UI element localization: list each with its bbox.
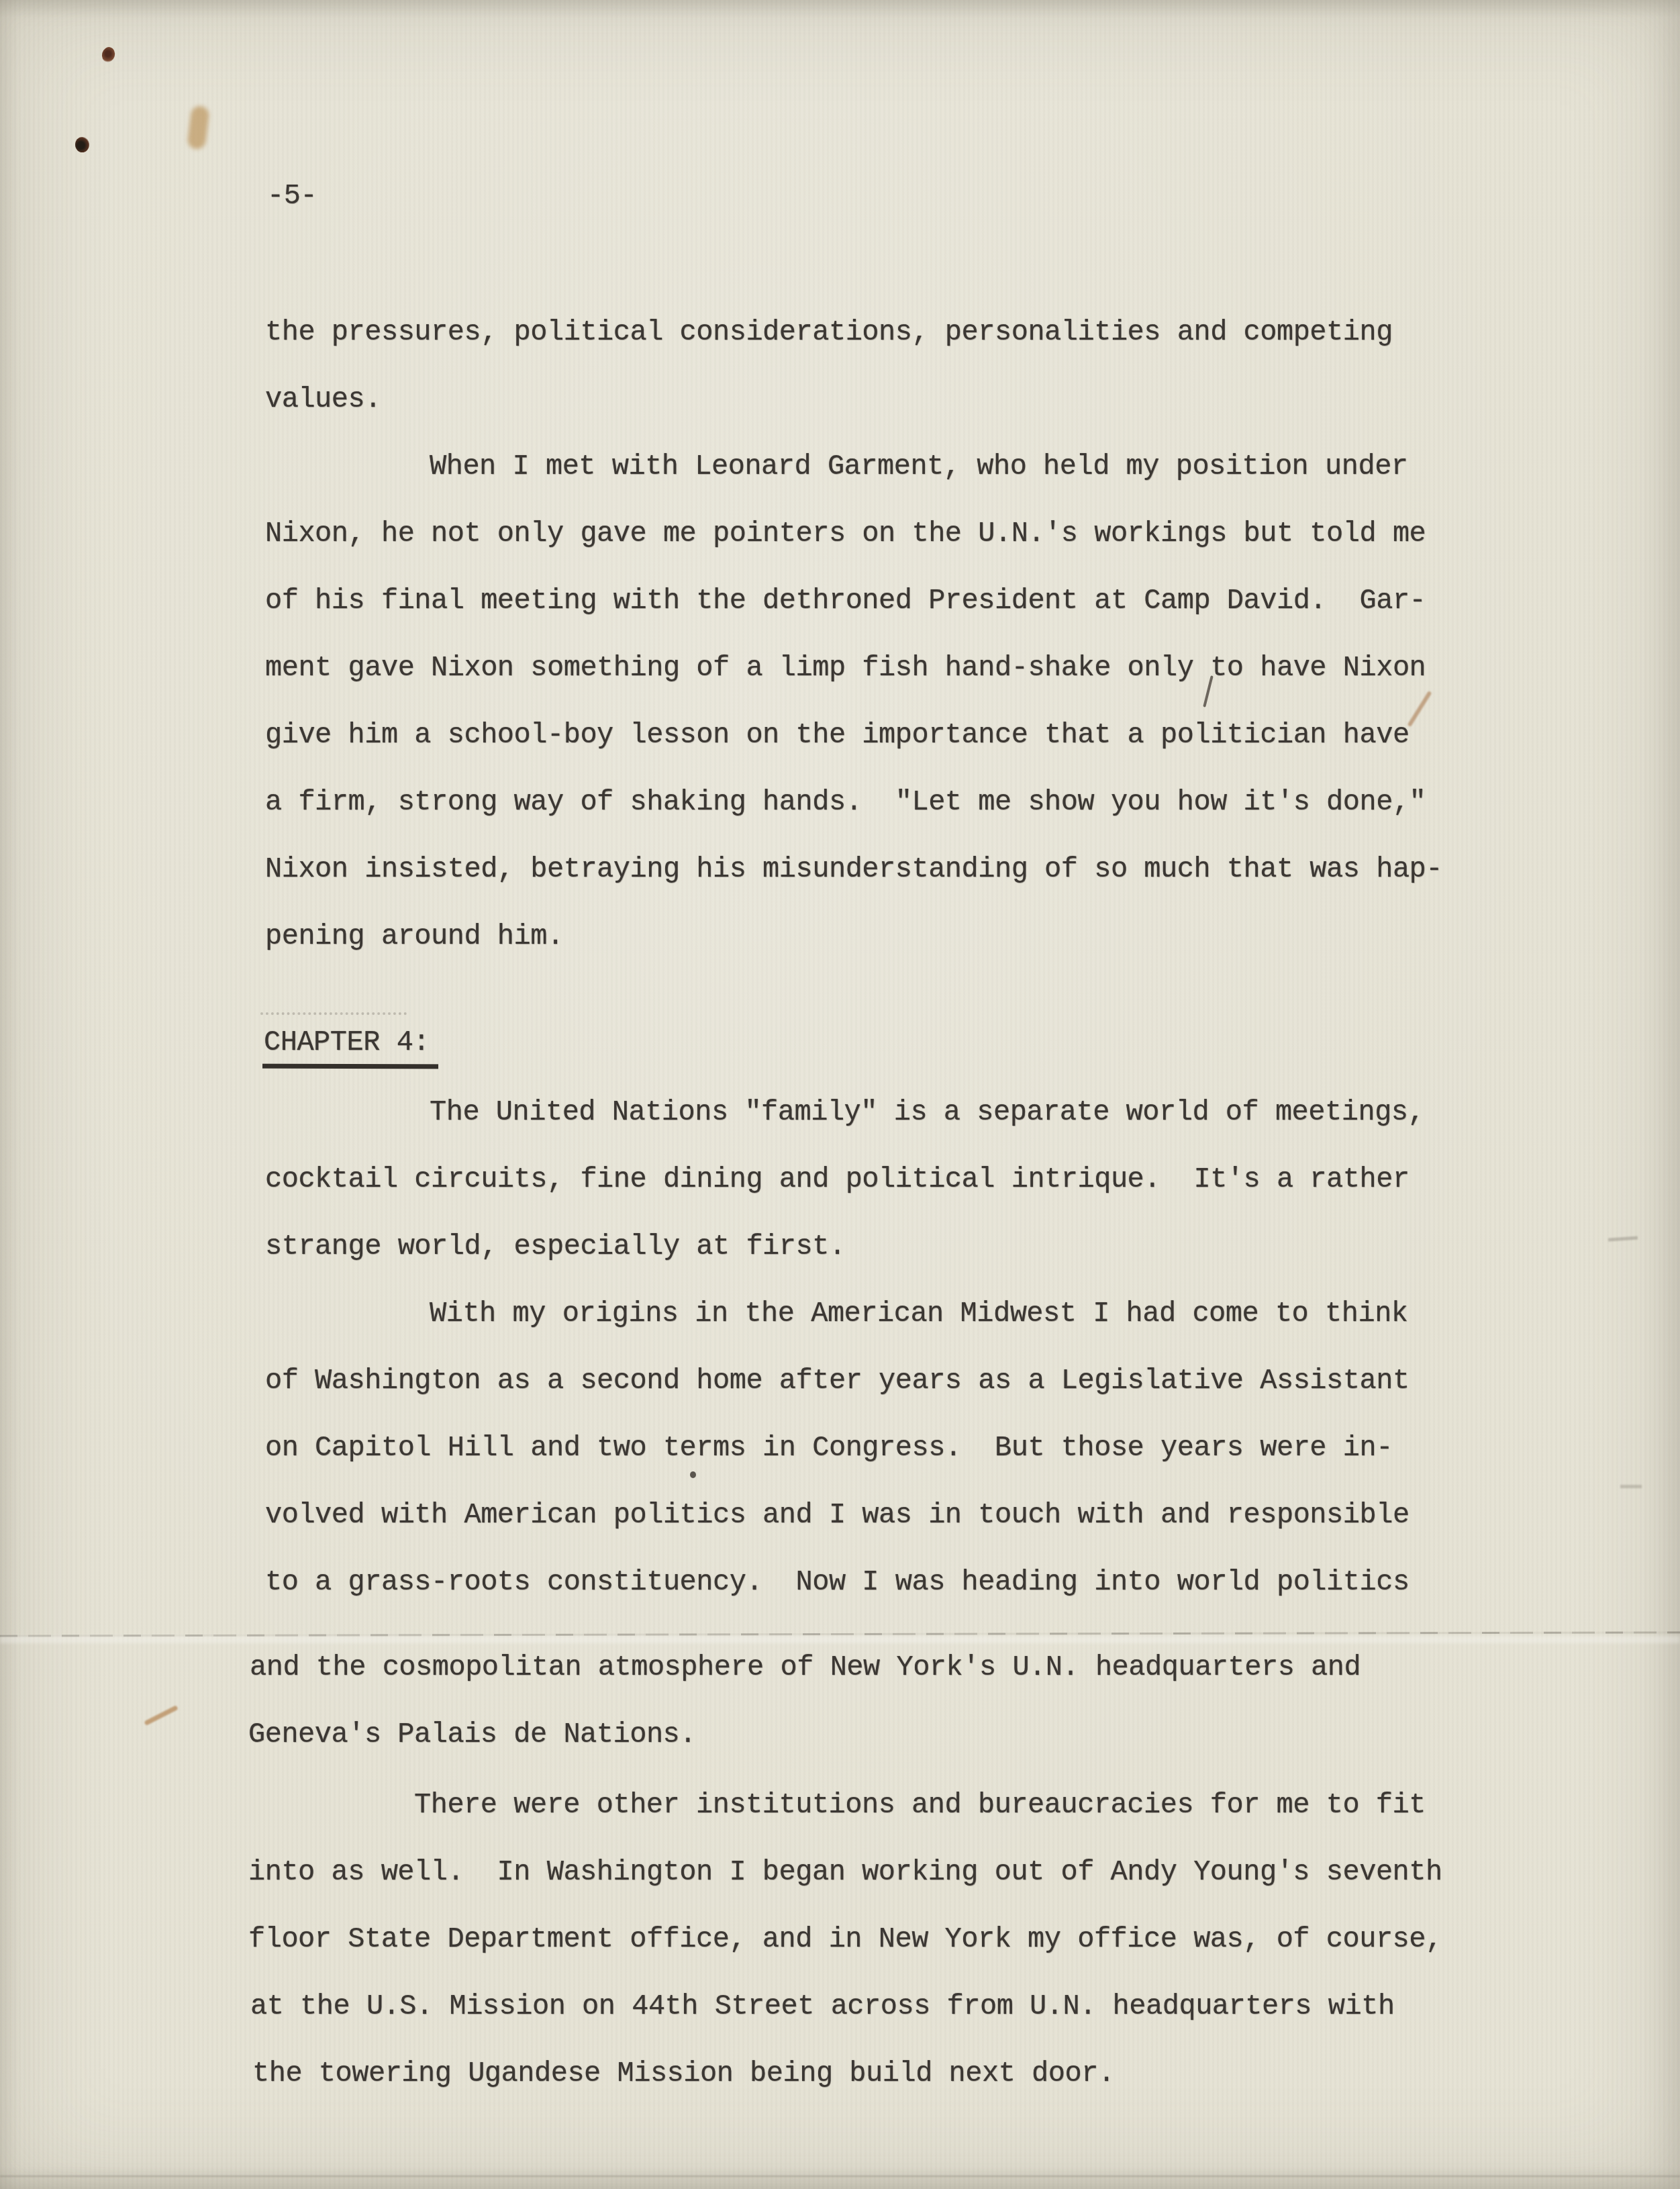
- chapter-heading-underline: [262, 1064, 438, 1069]
- typescript-line: ment gave Nixon something of a limp fish…: [265, 652, 1426, 684]
- document-page: -5- the pressures, political considerati…: [0, 0, 1680, 2189]
- typescript-line: give him a school-boy lesson on the impo…: [265, 719, 1410, 751]
- typescript-line: into as well. In Washington I began work…: [248, 1856, 1442, 1888]
- typescript-line: a firm, strong way of shaking hands. "Le…: [265, 786, 1426, 818]
- typescript-line: the pressures, political considerations,…: [265, 316, 1393, 348]
- typescript-line: to a grass-roots constituency. Now I was…: [265, 1566, 1410, 1598]
- typescript-line: pening around him.: [265, 920, 564, 953]
- typescript-line: strange world, especially at first.: [265, 1230, 846, 1263]
- paper-stain: [100, 46, 116, 64]
- chapter-heading: CHAPTER 4:: [264, 1026, 430, 1059]
- typescript-line: The United Nations "family" is a separat…: [430, 1096, 1424, 1128]
- typescript-line: With my origins in the American Midwest …: [430, 1298, 1408, 1330]
- paper-stain: [187, 105, 210, 150]
- pencil-mark: [144, 1705, 178, 1726]
- typescript-line: Geneva's Palais de Nations.: [248, 1718, 696, 1751]
- typescript-line: at the U.S. Mission on 44th Street acros…: [250, 1990, 1395, 2023]
- typescript-line: the towering Ugandese Mission being buil…: [252, 2057, 1115, 2090]
- rust-streak: [1407, 691, 1432, 727]
- typescript-line: There were other institutions and bureau…: [414, 1789, 1426, 1821]
- ink-speck: [690, 1471, 696, 1478]
- page-number: -5-: [267, 180, 317, 212]
- typescript-line: When I met with Leonard Garment, who hel…: [430, 450, 1408, 483]
- typescript-line: Nixon, he not only gave me pointers on t…: [265, 518, 1426, 550]
- bleedthrough-dots: [260, 1012, 407, 1015]
- typescript-line: volved with American politics and I was …: [265, 1499, 1410, 1531]
- typescript-line: values.: [265, 383, 381, 416]
- margin-smudge: [1608, 1236, 1638, 1241]
- typescript-line: floor State Department office, and in Ne…: [248, 1923, 1442, 1955]
- bottom-crease: [0, 2176, 1680, 2177]
- fold-crease-highlight: [0, 1636, 1680, 1643]
- typescript-line: of Washington as a second home after yea…: [265, 1365, 1410, 1397]
- typescript-line: Nixon insisted, betraying his misunderst…: [265, 853, 1442, 885]
- paper-stain: [75, 137, 89, 152]
- typescript-line: on Capitol Hill and two terms in Congres…: [265, 1432, 1393, 1464]
- typescript-line: of his final meeting with the dethroned …: [265, 585, 1426, 617]
- typescript-line: and the cosmopolitan atmosphere of New Y…: [250, 1651, 1361, 1684]
- margin-smudge: [1620, 1485, 1642, 1488]
- typescript-line: cocktail circuits, fine dining and polit…: [265, 1163, 1410, 1196]
